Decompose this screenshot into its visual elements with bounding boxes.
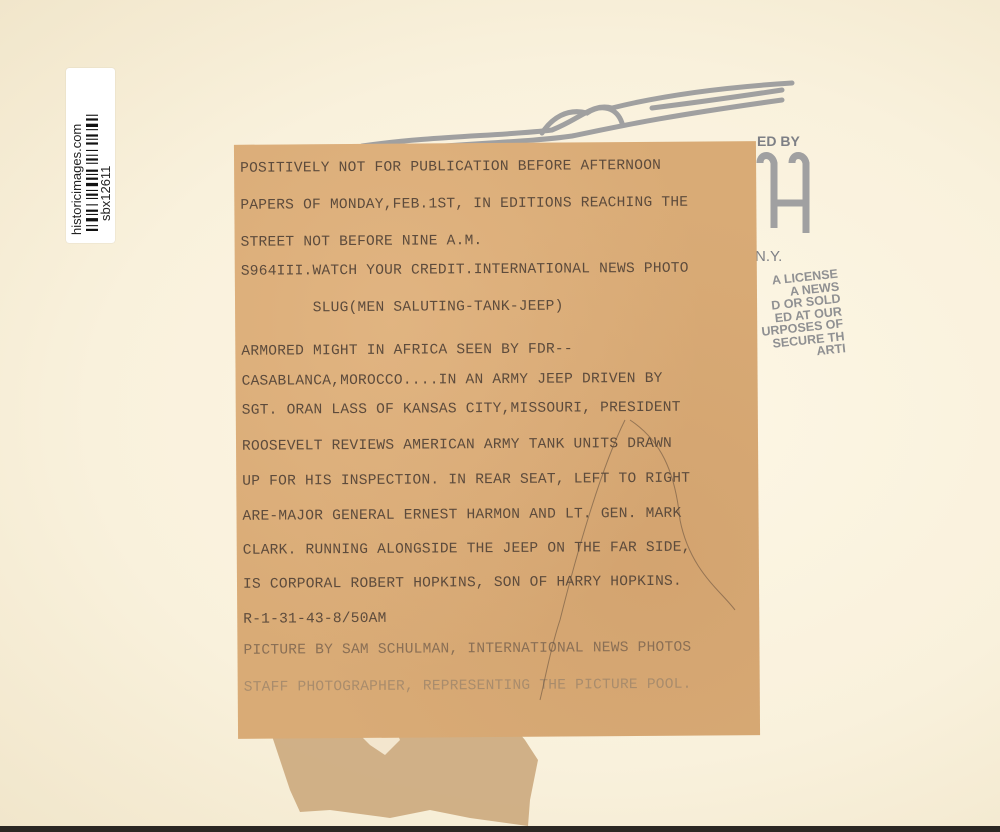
caption-headline: ARMORED MIGHT IN AFRICA SEEN BY FDR--	[241, 341, 573, 359]
caption-line: ARE-MAJOR GENERAL ERNEST HARMON AND LT. …	[242, 506, 681, 525]
label-id: sbx12611	[98, 166, 113, 221]
caption-slug: SLUG(MEN SALUTING-TANK-JEEP)	[241, 299, 564, 317]
label-site: historicimages.com	[69, 124, 84, 235]
caption-credit: PICTURE BY SAM SCHULMAN, INTERNATIONAL N…	[243, 640, 691, 659]
caption-line: ROOSEVELT REVIEWS AMERICAN ARMY TANK UNI…	[242, 436, 672, 455]
scan-edge	[0, 826, 1000, 832]
caption-line: CASABLANCA,MOROCCO....IN AN ARMY JEEP DR…	[242, 371, 663, 390]
caption-line: CLARK. RUNNING ALONGSIDE THE JEEP ON THE…	[243, 540, 691, 559]
caption-line: IS CORPORAL ROBERT HOPKINS, SON OF HARRY…	[243, 574, 682, 593]
inventory-label: historicimages.com sbx12611	[66, 68, 115, 243]
stamp-license-text: A LICENSE A NEWS D OR SOLD ED AT OUR URP…	[750, 268, 847, 364]
stamp-monogram-icon	[752, 148, 822, 240]
stamp-location: N.Y.	[755, 248, 782, 265]
caption-line: POSITIVELY NOT FOR PUBLICATION BEFORE AF…	[240, 158, 661, 177]
caption-line: UP FOR HIS INSPECTION. IN REAR SEAT, LEF…	[242, 471, 690, 490]
caption-line: SGT. ORAN LASS OF KANSAS CITY,MISSOURI, …	[242, 400, 681, 419]
caption-line: PAPERS OF MONDAY,FEB.1ST, IN EDITIONS RE…	[240, 195, 688, 214]
caption-dateline: R-1-31-43-8/50AM	[243, 611, 386, 628]
label-content: historicimages.com sbx12611	[66, 68, 115, 243]
caption-line: S964III.WATCH YOUR CREDIT.INTERNATIONAL …	[241, 261, 689, 280]
barcode-icon	[86, 81, 98, 231]
caption-credit: STAFF PHOTOGRAPHER, REPRESENTING THE PIC…	[244, 677, 692, 696]
stamp-text-by: ED BY	[757, 133, 800, 149]
caption-line: STREET NOT BEFORE NINE A.M.	[241, 233, 483, 251]
caption-slip: POSITIVELY NOT FOR PUBLICATION BEFORE AF…	[234, 141, 760, 739]
